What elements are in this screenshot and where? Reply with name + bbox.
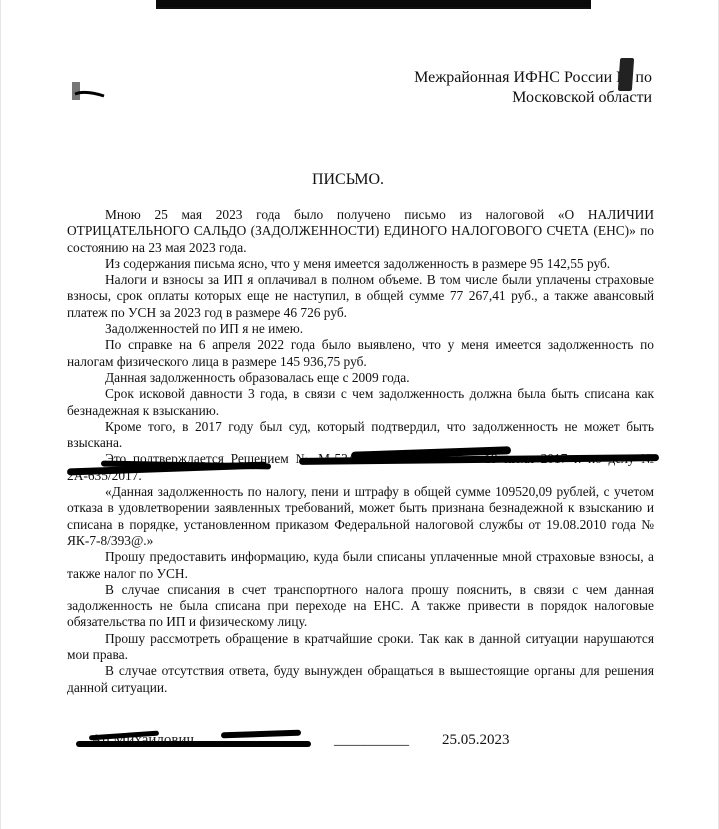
redacted-header [156,0,591,9]
paragraph: Прошу рассмотреть обращение в кратчайшие… [67,631,654,664]
paragraph: Прошу предоставить информацию, куда были… [67,549,654,582]
paragraph: В случае отсутствия ответа, буду вынужде… [67,663,654,696]
addressee-line-2: Московской области [414,88,652,108]
paragraph: Из содержания письма ясно, что у меня им… [67,256,654,272]
paragraph: Срок исковой давности 3 года, в связи с … [67,386,654,419]
paragraph: «Данная задолженность по налогу, пени и … [67,484,654,549]
signature-date: 25.05.2023 [442,732,510,749]
document-page: Межрайонная ИФНС России № по Московской … [0,0,719,829]
paragraph: Налоги и взносы за ИП я оплачивал в полн… [67,272,654,321]
addressee-line-1: Межрайонная ИФНС России № по [414,68,652,88]
signature-line: __________ [334,732,409,749]
paragraph: Мною 25 мая 2023 года было получено пись… [67,207,654,256]
redaction-mark [76,741,311,747]
paragraph: Кроме того, в 2017 году был суд, который… [67,419,654,452]
addressee-block: Межрайонная ИФНС России № по Московской … [414,68,652,108]
paragraph: Задолженностей по ИП я не имею. [67,321,654,337]
paragraph: Данная задолженность образовалась еще с … [67,370,654,386]
redaction-mark [618,58,634,91]
paragraph: В случае списания в счет транспортного н… [67,582,654,631]
paragraph: По справке на 6 апреля 2022 года было вы… [67,337,654,370]
redaction-scribble [71,80,105,102]
document-title: ПИСЬМО. [1,171,695,189]
